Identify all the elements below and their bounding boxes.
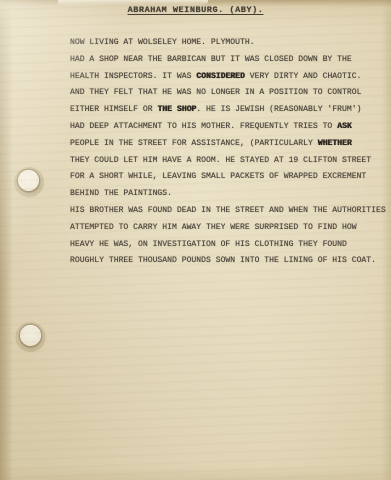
text-line: NOW LIVING AT WOLSELEY HOME. PLYMOUTH. [70, 35, 389, 52]
typewritten-page: ABRAHAM WEINBURG. (ABY). NOW LIVING AT W… [0, 0, 391, 480]
text-line: FOR A SHORT WHILE, LEAVING SMALL PACKETS… [70, 169, 389, 186]
text-line: HEAVY HE WAS, ON INVESTIGATION OF HIS CL… [70, 237, 389, 254]
typed-text: HEAVY HE WAS, ON INVESTIGATION OF HIS CL… [70, 240, 347, 249]
document-title: ABRAHAM WEINBURG. (ABY). [0, 5, 391, 15]
typed-text: HAD A SHOP NEAR THE BARBICAN BUT IT WAS … [70, 55, 352, 64]
typed-text: FOR A SHORT WHILE, LEAVING SMALL PACKETS… [70, 172, 366, 181]
typed-text: EITHER HIMSELF OR [70, 105, 157, 114]
overstruck-text: WHETHER [318, 139, 352, 148]
text-line: HAD A SHOP NEAR THE BARBICAN BUT IT WAS … [70, 52, 389, 69]
text-line: ATTEMPTED TO CARRY HIM AWAY THEY WERE SU… [70, 220, 389, 237]
text-line: EITHER HIMSELF OR THE SHOP. HE IS JEWISH… [70, 102, 389, 119]
typed-text: BEHIND THE PAINTINGS. [70, 189, 172, 198]
typed-text: HIS BROTHER WAS FOUND DEAD IN THE STREET… [70, 206, 386, 215]
typed-text: VERY DIRTY AND CHAOTIC. [245, 72, 362, 81]
document-lines: NOW LIVING AT WOLSELEY HOME. PLYMOUTH.HA… [70, 35, 389, 270]
overstruck-text: CONSIDERED [196, 72, 245, 81]
typed-text: AND THEY FELT THAT HE WAS NO LONGER IN A… [70, 88, 361, 97]
overstruck-text: ASK [337, 122, 352, 131]
text-line: ROUGHLY THREE THOUSAND POUNDS SOWN INTO … [70, 253, 389, 270]
typed-text: HAD DEEP ATTACHMENT TO HIS MOTHER. FREQU… [70, 122, 337, 131]
text-line: HAD DEEP ATTACHMENT TO HIS MOTHER. FREQU… [70, 119, 389, 136]
typed-text: . HE IS JEWISH (REASONABLY 'FRUM') [196, 105, 361, 114]
typed-text: PEOPLE IN THE STREET FOR ASSISTANCE, (PA… [70, 139, 318, 148]
punch-hole-top [18, 170, 39, 191]
text-line: BEHIND THE PAINTINGS. [70, 186, 389, 203]
text-line: HEALTH INSPECTORS. IT WAS CONSIDERED VER… [70, 69, 389, 86]
typed-text: ATTEMPTED TO CARRY HIM AWAY THEY WERE SU… [70, 223, 357, 232]
text-line: PEOPLE IN THE STREET FOR ASSISTANCE, (PA… [70, 136, 389, 153]
typed-text: NOW LIVING AT WOLSELEY HOME. PLYMOUTH. [70, 38, 255, 47]
punch-hole-bottom [17, 322, 44, 349]
typed-text: HEALTH INSPECTORS. IT WAS [70, 72, 196, 81]
text-line: THEY COULD LET HIM HAVE A ROOM. HE STAYE… [70, 153, 389, 170]
text-line: AND THEY FELT THAT HE WAS NO LONGER IN A… [70, 85, 389, 102]
typed-text: THEY COULD LET HIM HAVE A ROOM. HE STAYE… [70, 156, 371, 165]
typed-text: ROUGHLY THREE THOUSAND POUNDS SOWN INTO … [70, 256, 376, 265]
overstruck-text: THE SHOP [157, 105, 196, 114]
text-line: HIS BROTHER WAS FOUND DEAD IN THE STREET… [70, 203, 389, 220]
